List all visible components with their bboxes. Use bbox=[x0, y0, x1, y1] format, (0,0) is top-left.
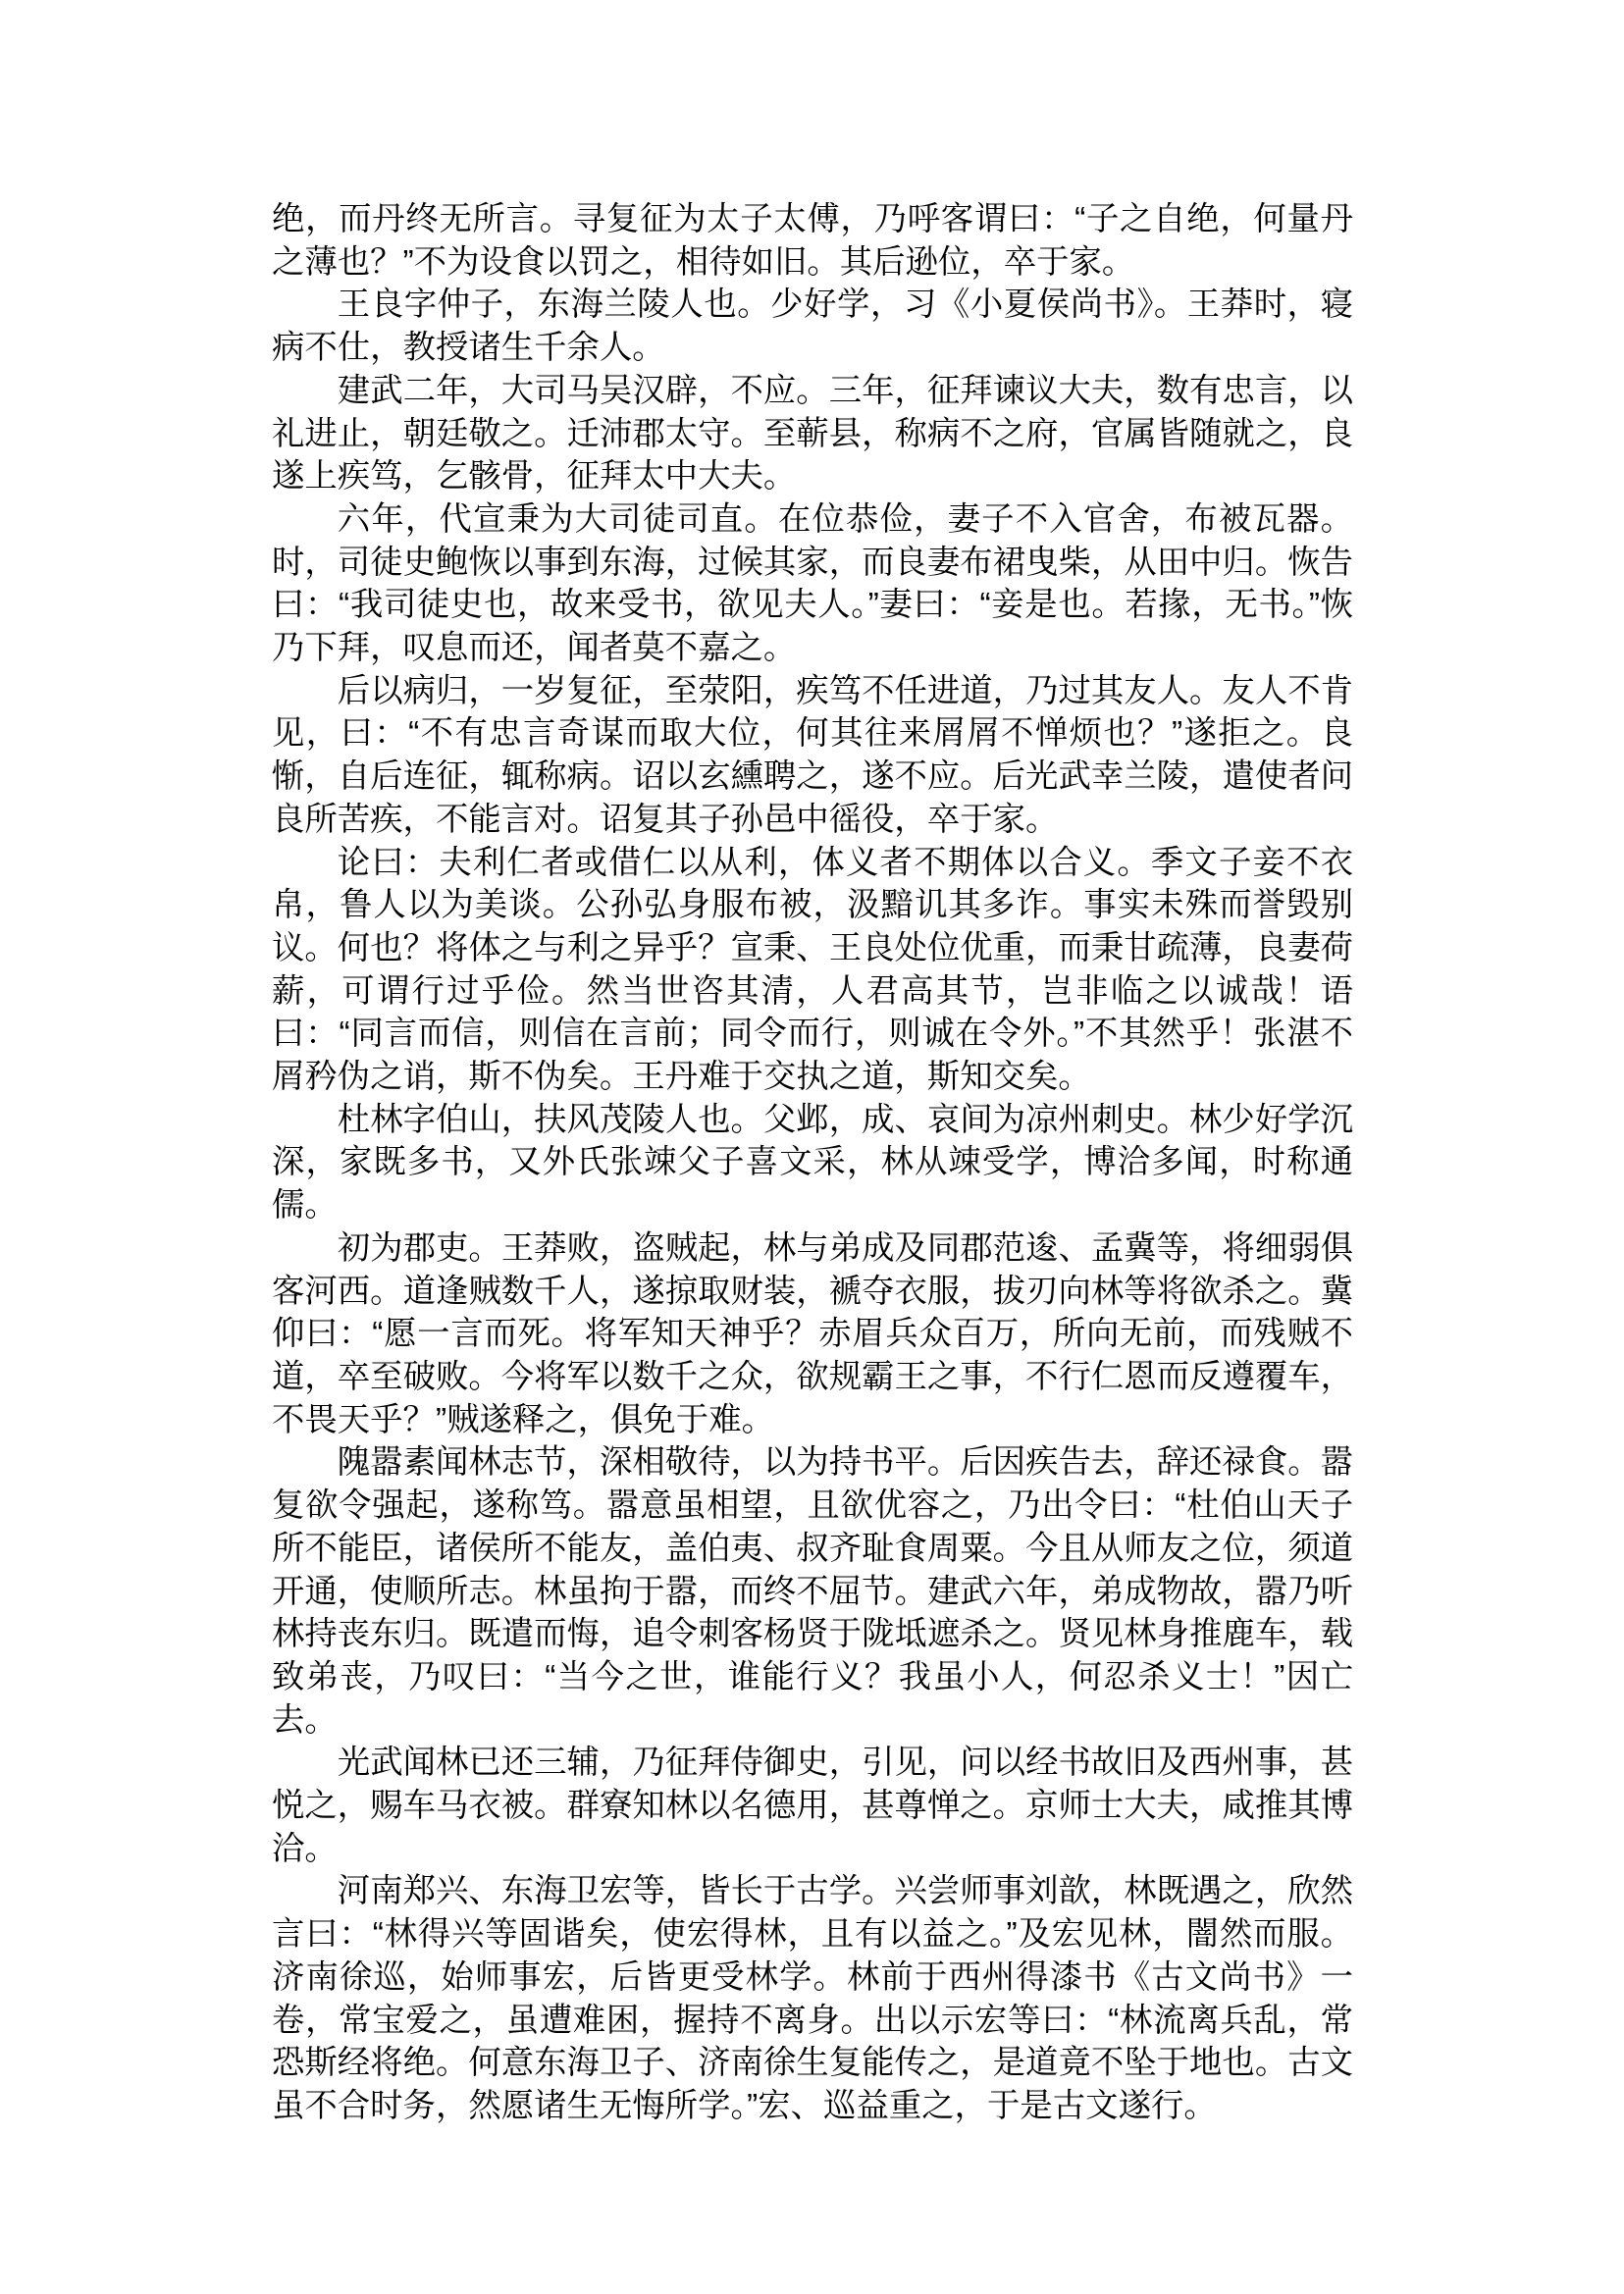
paragraph-11: 河南郑兴、东海卫宏等，皆长于古学。兴尝师事刘歆，林既遇之，欣然言曰：“林得兴等固… bbox=[272, 1870, 1353, 2127]
document-page: 绝，而丹终无所言。寻复征为太子太傅，乃呼客谓曰：“子之自绝，何量丹之薄也？”不为… bbox=[0, 0, 1624, 2294]
paragraph-7: 杜林字伯山，扶风茂陵人也。父邺，成、哀间为凉州刺史。林少好学沉深，家既多书，又外… bbox=[272, 1099, 1353, 1227]
paragraph-5: 后以病归，一岁复征，至荥阳，疾笃不任进道，乃过其友人。友人不肯见，曰：“不有忠言… bbox=[272, 670, 1353, 842]
paragraph-4: 六年，代宣秉为大司徒司直。在位恭俭，妻子不入官舍，布被瓦器。时，司徒史鲍恢以事到… bbox=[272, 498, 1353, 670]
paragraph-8: 初为郡吏。王莽败，盗贼起，林与弟成及同郡范逡、孟冀等，将细弱俱客河西。道逢贼数千… bbox=[272, 1227, 1353, 1442]
document-text-body: 绝，而丹终无所言。寻复征为太子太傅，乃呼客谓曰：“子之自绝，何量丹之薄也？”不为… bbox=[272, 198, 1353, 2128]
paragraph-9: 隗嚣素闻林志节，深相敬待，以为持书平。后因疾告去，辞还禄食。嚣复欲令强起，遂称笃… bbox=[272, 1441, 1353, 1742]
paragraph-1: 绝，而丹终无所言。寻复征为太子太傅，乃呼客谓曰：“子之自绝，何量丹之薄也？”不为… bbox=[272, 198, 1353, 284]
paragraph-10: 光武闻林已还三辅，乃征拜侍御史，引见，问以经书故旧及西州事，甚悦之，赐车马衣被。… bbox=[272, 1742, 1353, 1870]
paragraph-6: 论曰：夫利仁者或借仁以从利，体义者不期体以合义。季文子妾不衣帛，鲁人以为美谈。公… bbox=[272, 842, 1353, 1099]
paragraph-2: 王良字仲子，东海兰陵人也。少好学，习《小夏侯尚书》。王莽时，寝病不仕，教授诸生千… bbox=[272, 284, 1353, 369]
paragraph-3: 建武二年，大司马吴汉辟，不应。三年，征拜谏议大夫，数有忠言，以礼进止，朝廷敬之。… bbox=[272, 370, 1353, 498]
